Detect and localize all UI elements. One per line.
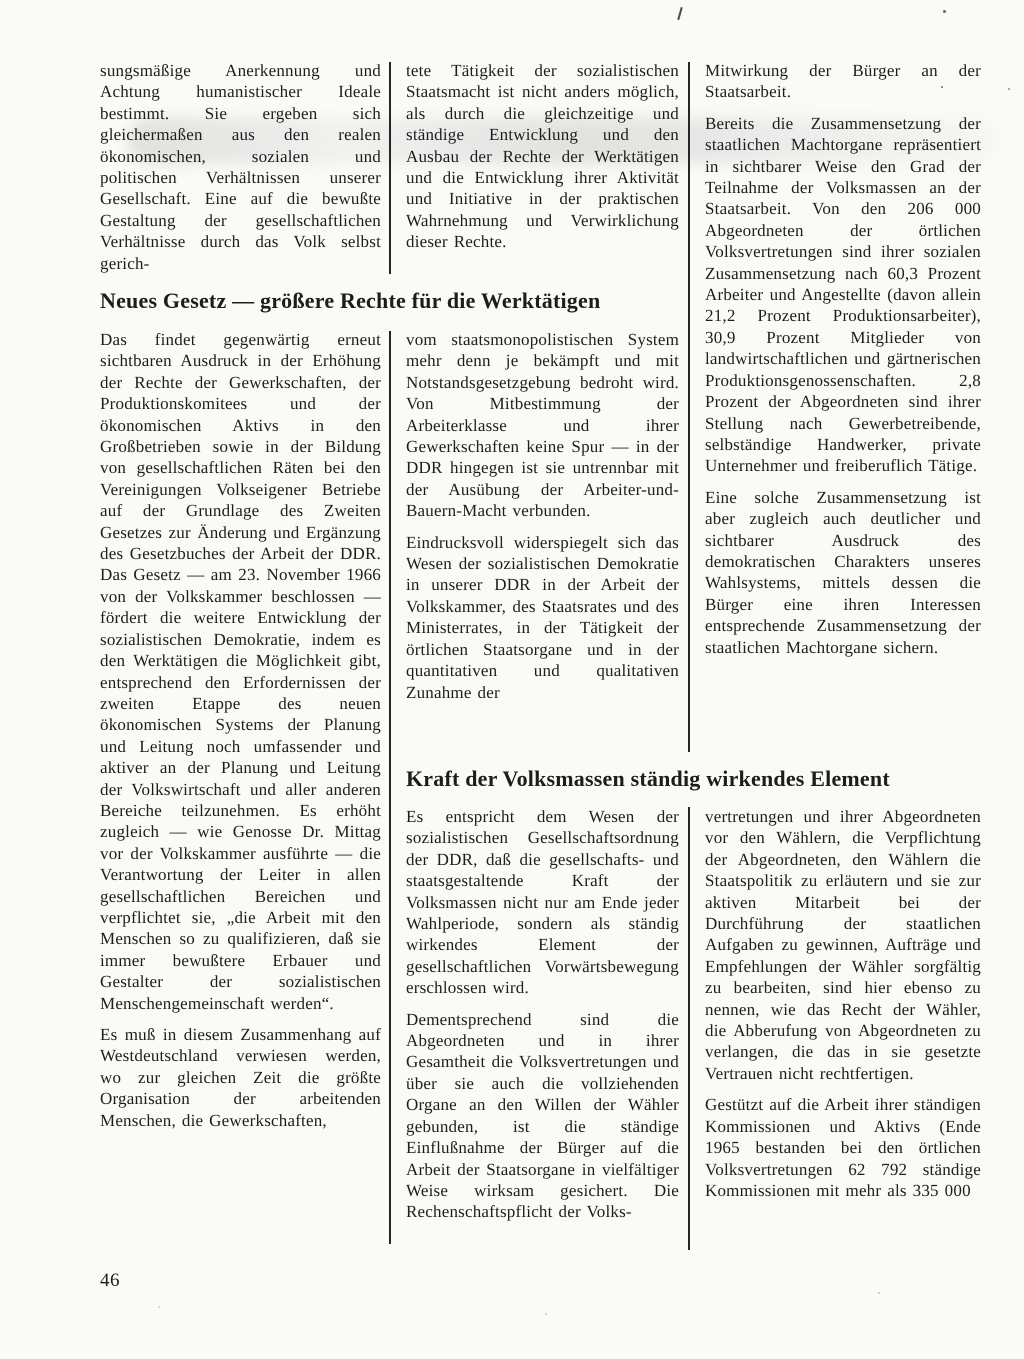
scan-speck — [1008, 88, 1010, 90]
scanned-document-page: sungsmäßige Anerkennung und Achtung huma… — [0, 0, 1024, 1359]
scan-speck — [943, 10, 946, 13]
paragraph: vom staatsmonopolistischen System mehr d… — [406, 329, 679, 522]
paragraph: Es muß in diesem Zusammenhang auf Westde… — [100, 1024, 381, 1131]
scan-speck — [545, 1313, 547, 1315]
paragraph: Das findet gegenwärtig erneut sichtbaren… — [100, 329, 381, 1014]
paragraph: vertretungen und ihrer Abgeordneten vor … — [705, 806, 981, 1084]
page-number: 46 — [100, 1270, 120, 1292]
scan-speck — [158, 1306, 160, 1308]
section-volksmassen-column-right: vertretungen und ihrer Abgeordneten vor … — [705, 806, 981, 1201]
paragraph: tete Tätigkeit der sozialistischen Staat… — [406, 60, 679, 253]
right-column: Mitwirkung der Bürger an der Staatsarbei… — [705, 60, 981, 658]
paragraph: Es entspricht dem Wesen der sozialistisc… — [406, 806, 679, 999]
section-new-law-column-middle: vom staatsmonopolistischen System mehr d… — [406, 329, 679, 703]
intro-column-middle: tete Tätigkeit der sozialistischen Staat… — [406, 60, 679, 253]
section-new-law-column-left: Das findet gegenwärtig erneut sichtbaren… — [100, 329, 381, 1131]
section-volksmassen-column-middle: Es entspricht dem Wesen der sozialistisc… — [406, 806, 679, 1223]
scan-speck — [878, 1292, 880, 1294]
paragraph: Mitwirkung der Bürger an der Staatsarbei… — [705, 60, 981, 103]
column-divider-rule — [688, 807, 690, 1250]
column-divider-rule — [389, 62, 391, 274]
column-divider-rule — [389, 331, 391, 1244]
scan-slash-mark — [677, 7, 682, 20]
intro-column-left: sungsmäßige Anerkennung und Achtung huma… — [100, 60, 381, 274]
column-divider-rule — [688, 62, 690, 752]
paragraph: Eine solche Zusammensetzung ist aber zug… — [705, 487, 981, 658]
paragraph: Eindrucksvoll widerspiegelt sich das Wes… — [406, 532, 679, 703]
paragraph: Dementsprechend sind die Abgeordneten un… — [406, 1009, 679, 1223]
paragraph: Bereits die Zusammensetzung der staatlic… — [705, 113, 981, 477]
paragraph: sungsmäßige Anerkennung und Achtung huma… — [100, 60, 381, 274]
paragraph: Gestützt auf die Arbeit ihrer ständigen … — [705, 1094, 981, 1201]
section-heading-volksmassen: Kraft der Volksmassen ständig wirkendes … — [406, 766, 996, 792]
section-heading-new-law: Neues Gesetz — größere Rechte für die We… — [100, 288, 700, 314]
